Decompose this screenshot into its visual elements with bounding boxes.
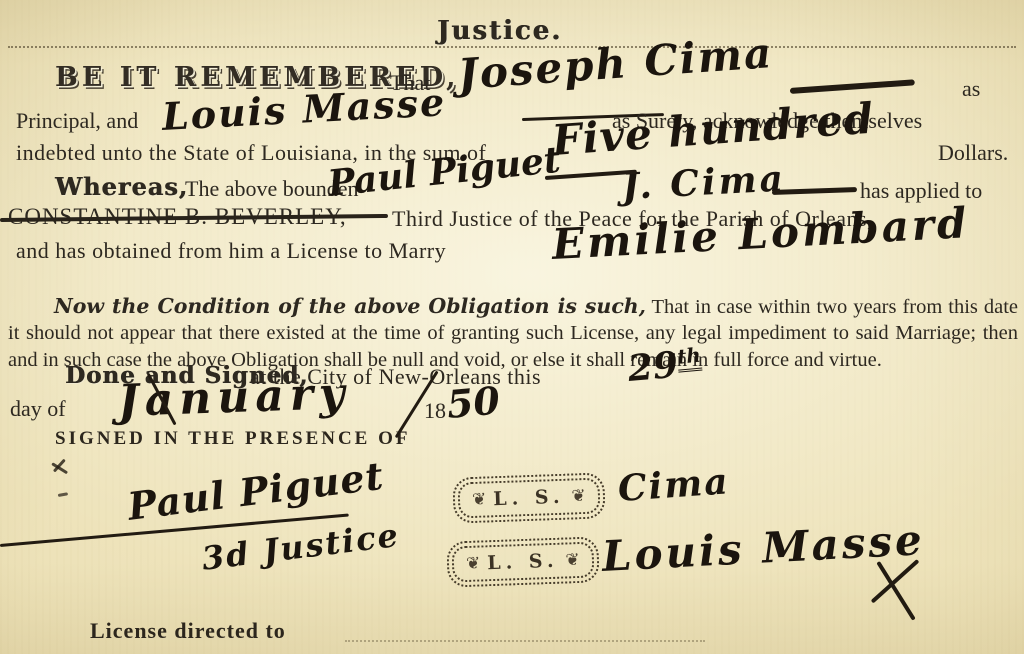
marriage-bond-document: Justice. BE IT REMEMBERED, That Joseph C… <box>0 0 1024 654</box>
principal-seal-signature: Cima <box>617 460 731 510</box>
bottom-dotted-rule <box>345 640 705 642</box>
obtained-clause: and has obtained from him a License to M… <box>16 238 446 264</box>
condition-paragraph: Now the Condition of the above Obligatio… <box>8 293 1018 374</box>
day-suffix: th <box>676 343 702 373</box>
seal-ls-1: ❦L. S.❦ <box>457 478 600 519</box>
sum-amount-handwritten: Five hundred <box>550 94 875 165</box>
whereas-heading: Whereas, <box>55 172 188 201</box>
year-printed: 18 <box>424 398 446 424</box>
seal-ls-2: ❦L. S.❦ <box>451 542 594 583</box>
dollars-label: Dollars. <box>938 140 1008 166</box>
surety-seal-signature: Louis Masse <box>601 515 926 581</box>
presence-heading: SIGNED IN THE PRESENCE OF <box>55 428 411 450</box>
seal-label: L. S. <box>493 486 565 510</box>
condition-lead: Now the Condition of the above Obligatio… <box>54 294 646 318</box>
as-label: as <box>962 76 980 102</box>
day-number-handwritten: 29th <box>626 342 703 390</box>
ink-flourish-principal <box>790 79 915 94</box>
day-of-label: day of <box>10 396 66 422</box>
applicant-name-handwritten: J. Cima <box>621 157 787 208</box>
principal-and-label: Principal, and <box>16 108 138 134</box>
seal-label: L. S. <box>487 550 559 574</box>
day-number: 29 <box>626 344 680 390</box>
license-directed-label: License directed to <box>90 618 286 644</box>
floral-ornament-icon: ❦ <box>565 550 580 570</box>
month-handwritten: January <box>117 368 351 427</box>
page-title: Justice. <box>437 16 562 46</box>
witness-signature: Paul Piguet <box>125 453 386 529</box>
ink-mark <box>58 492 68 497</box>
floral-ornament-icon: ❦ <box>472 489 487 509</box>
floral-ornament-icon: ❦ <box>571 486 586 506</box>
floral-ornament-icon: ❦ <box>466 553 481 573</box>
year-handwritten: 50 <box>445 377 502 426</box>
